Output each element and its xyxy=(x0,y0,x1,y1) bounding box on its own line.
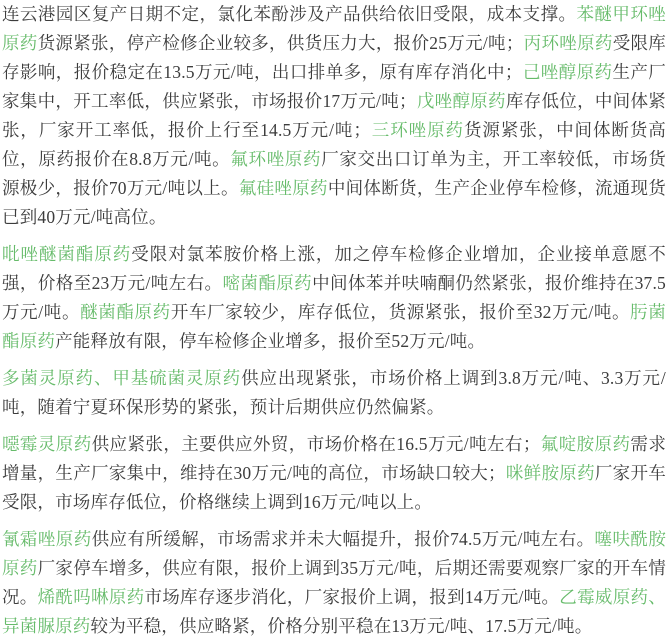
text-run: 产能释放有限，停车检修企业增多，报价至52万元/吨。 xyxy=(55,331,485,351)
product-name-highlight: 氟硅唑原药 xyxy=(239,178,328,198)
text-run: 供应紧张，主要供应外贸，市场价格在16.5万元/吨左右； xyxy=(92,434,541,454)
product-name-highlight: 氟环唑原药 xyxy=(230,149,321,169)
paragraph: 氰霜唑原药供应有所缓解，市场需求并未大幅提升，报价74.5万元/吨左右。噻呋酰胺… xyxy=(2,525,666,640)
product-name-highlight: 醚菌酯原药 xyxy=(80,302,171,322)
text-run: 市场库存逐步消化，厂家报价上调，报到14万元/吨。 xyxy=(144,587,559,607)
product-name-highlight: 丙环唑原药 xyxy=(524,33,613,53)
product-name-highlight: 氟啶胺原药 xyxy=(541,434,631,454)
product-name-highlight: 己唑醇原药 xyxy=(523,62,613,82)
text-run: 连云港园区复产日期不定，氯化苯酚涉及产品供给依旧受限，成本支撑。 xyxy=(2,4,576,24)
text-run: 较为平稳，供应略紧，价格分别平稳在13万元/吨、17.5万元/吨。 xyxy=(91,616,593,636)
product-name-highlight: 氰霜唑原药 xyxy=(2,529,92,549)
product-name-highlight: 烯酰吗啉原药 xyxy=(38,587,145,607)
paragraph: 吡唑醚菌酯原药受限对氯苯胺价格上涨，加之停车检修企业增加，企业接单意愿不强，价格… xyxy=(2,240,666,356)
paragraph: 多菌灵原药、甲基硫菌灵原药供应出现紧张，市场价格上调到3.8万元/吨、3.3万元… xyxy=(2,364,666,422)
paragraph: 连云港园区复产日期不定，氯化苯酚涉及产品供给依旧受限，成本支撑。苯醚甲环唑原药货… xyxy=(2,0,666,232)
product-name-highlight: 戊唑醇原药 xyxy=(417,91,506,111)
product-name-highlight: 吡唑醚菌酯原药 xyxy=(2,244,131,264)
paragraph: 噁霉灵原药供应紧张，主要供应外贸，市场价格在16.5万元/吨左右；氟啶胺原药需求… xyxy=(2,430,666,517)
text-run: 供应有所缓解，市场需求并未大幅提升，报价74.5万元/吨左右。 xyxy=(92,529,595,549)
text-run: 开车厂家较少，库存低位，货源紧张，报价至32万元/吨。 xyxy=(171,302,630,322)
article-body: 连云港园区复产日期不定，氯化苯酚涉及产品供给依旧受限，成本支撑。苯醚甲环唑原药货… xyxy=(0,0,668,640)
product-name-highlight: 嘧菌酯原药 xyxy=(222,273,312,293)
product-name-highlight: 三环唑原药 xyxy=(371,120,464,140)
product-name-highlight: 咪鲜胺原药 xyxy=(506,463,595,483)
product-name-highlight: 噁霉灵原药 xyxy=(2,434,92,454)
text-run: 货源紧张，停产检修企业较多，供货压力大，报价25万元/吨； xyxy=(38,33,524,53)
product-name-highlight: 多菌灵原药、甲基硫菌灵原药 xyxy=(2,368,241,388)
